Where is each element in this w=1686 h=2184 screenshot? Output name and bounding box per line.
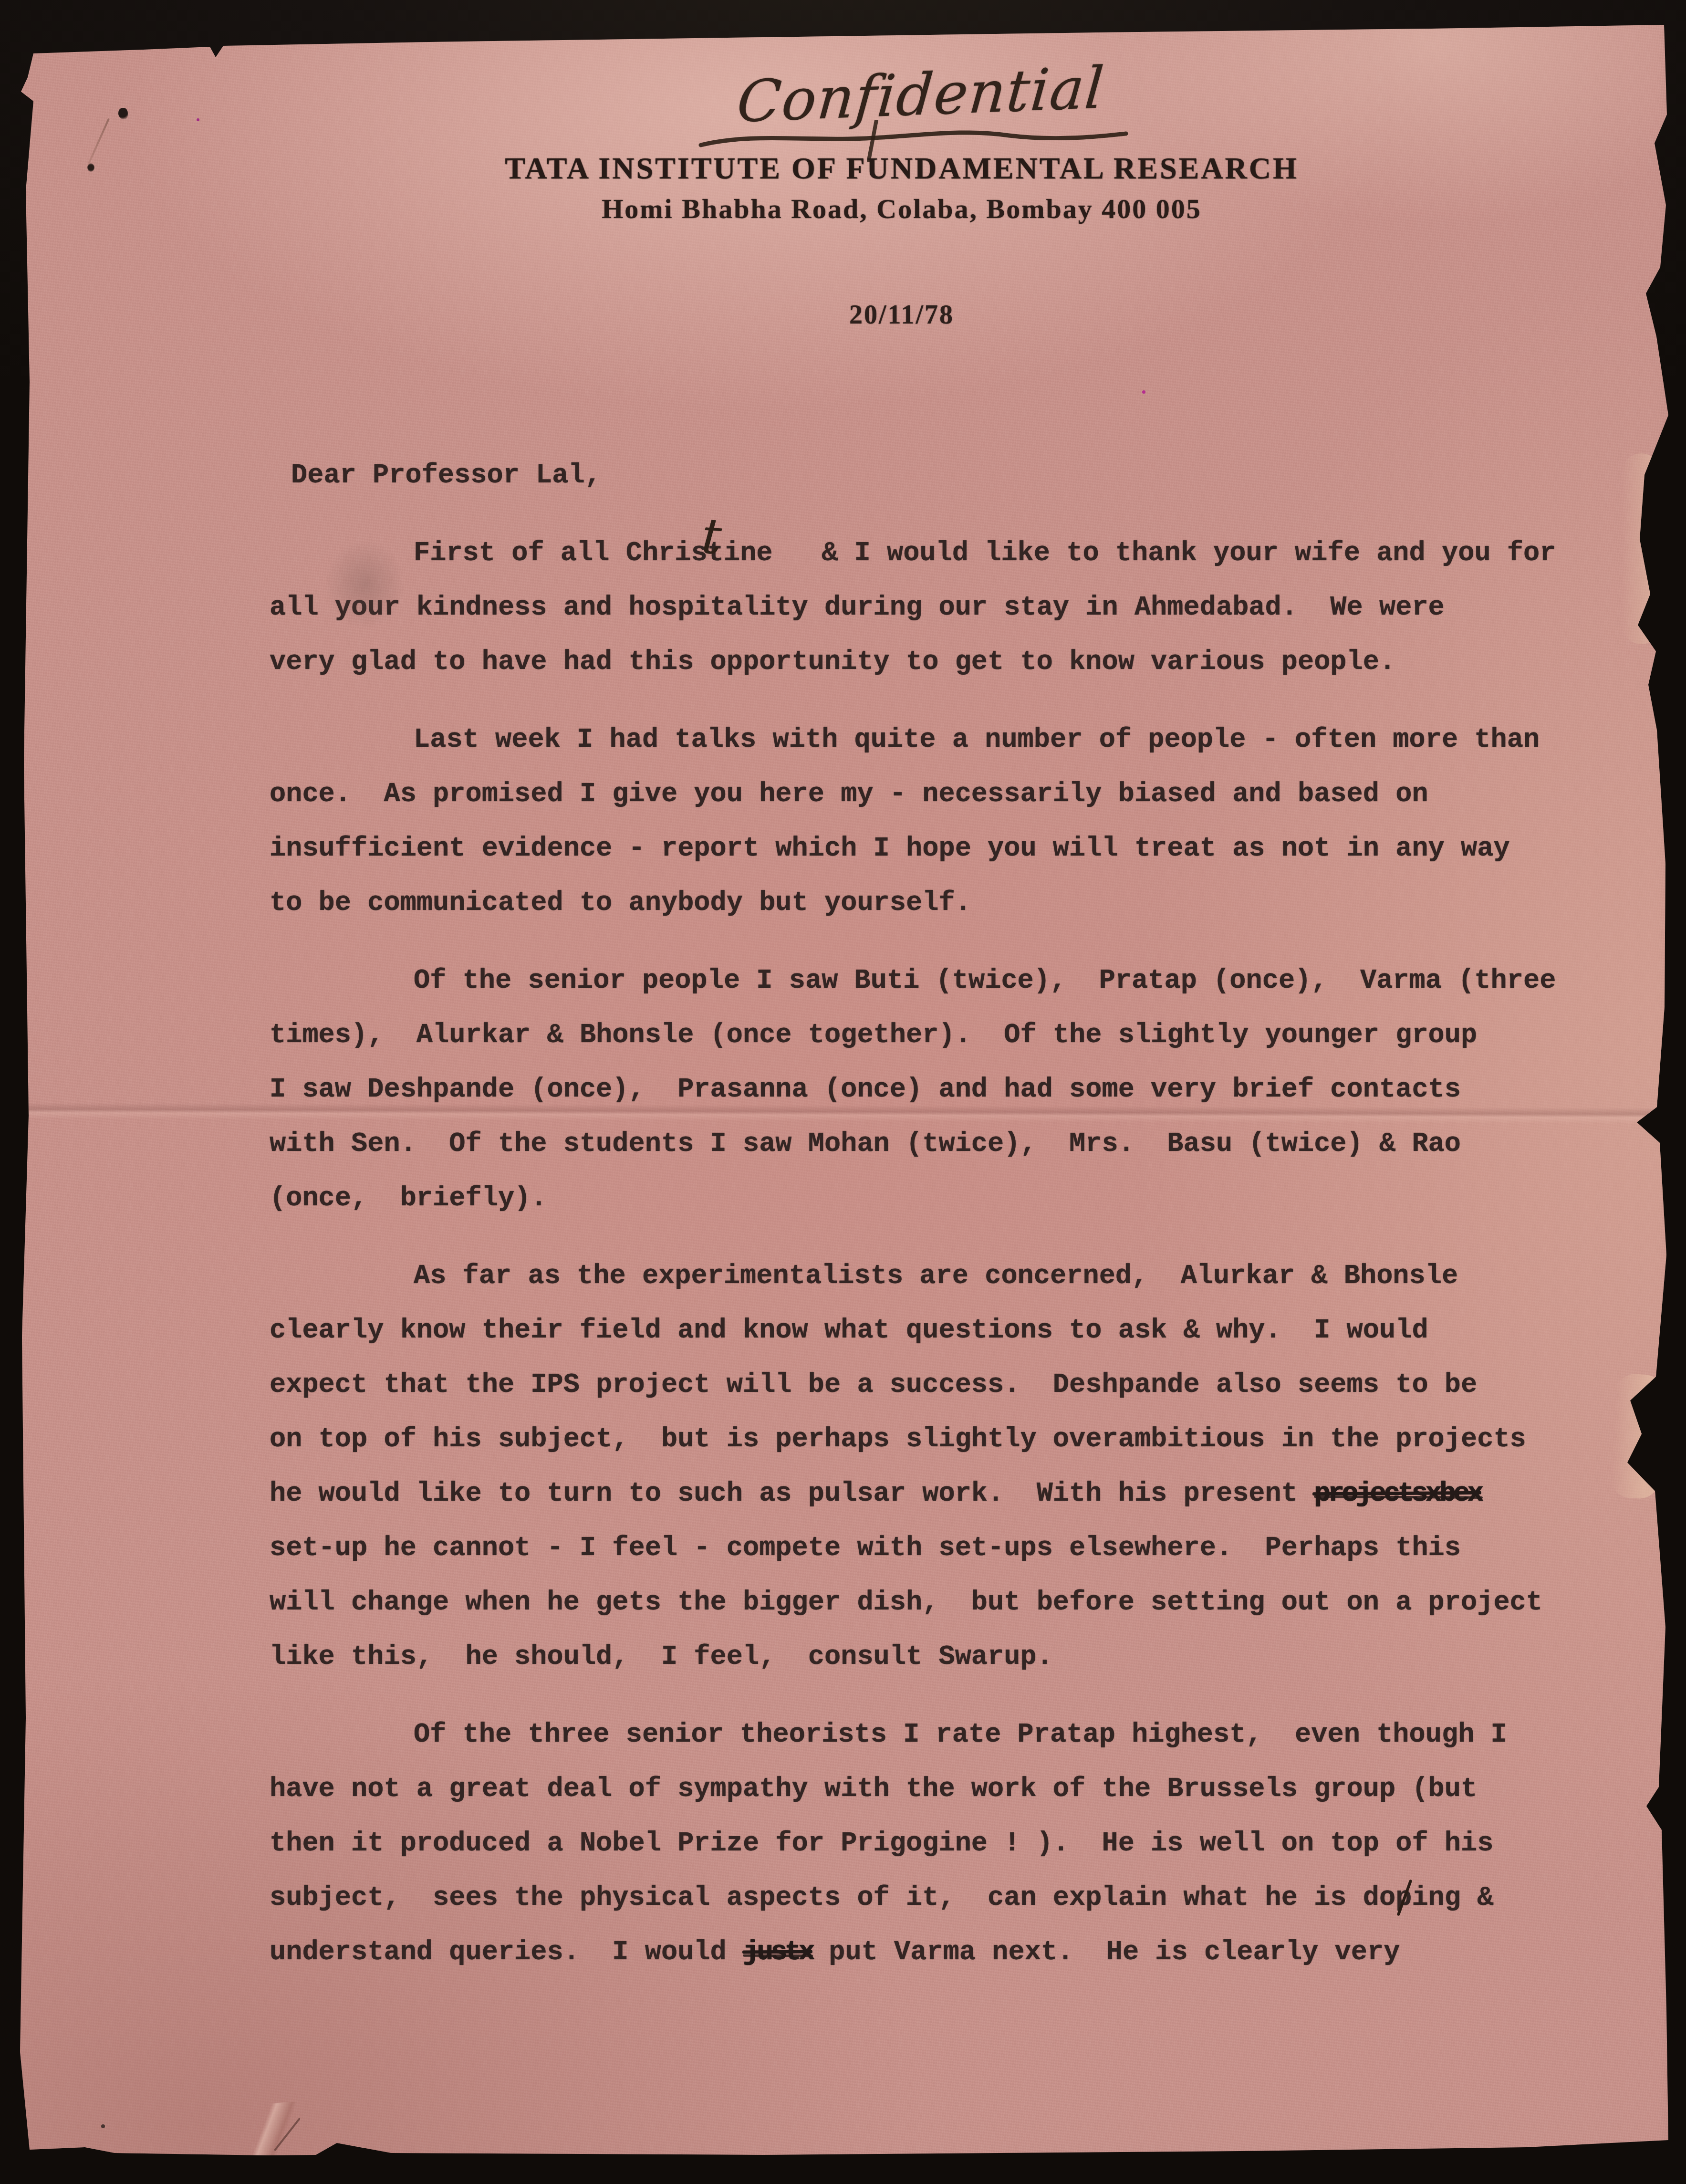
torn-edge-highlight bbox=[1622, 453, 1660, 644]
pinhole-mark bbox=[87, 163, 94, 172]
letter-line: understand queries. I would justx put Va… bbox=[270, 1925, 1539, 1980]
magenta-speck bbox=[197, 118, 199, 121]
scanned-letter: Confidential TATA INSTITUTE OF FUNDAMENT… bbox=[0, 0, 1686, 2184]
letter-line: on top of his subject, but is perhaps sl… bbox=[270, 1412, 1539, 1467]
typed-text: expect that the IPS project will be a su… bbox=[270, 1370, 1477, 1400]
typed-text: subject, sees the physical aspects of it… bbox=[270, 1883, 1395, 1913]
letter-line: Of the senior people I saw Buti (twice),… bbox=[270, 954, 1539, 1008]
letter-paragraph: Of the senior people I saw Buti (twice),… bbox=[270, 954, 1539, 1226]
typed-text: (once, briefly). bbox=[270, 1183, 547, 1214]
letter-line: expect that the IPS project will be a su… bbox=[270, 1358, 1539, 1412]
letter-line: like this, he should, I feel, consult Sw… bbox=[270, 1630, 1539, 1684]
letter-line: will change when he gets the bigger dish… bbox=[270, 1576, 1539, 1630]
typed-text: ine & I would like to thank your wife an… bbox=[724, 538, 1556, 569]
typed-text: like this, he should, I feel, consult Sw… bbox=[270, 1642, 1053, 1672]
letterhead-institute: TATA INSTITUTE OF FUNDAMENTAL RESEARCH bbox=[291, 151, 1512, 186]
pinhole-mark bbox=[118, 108, 128, 119]
typed-text: ing & bbox=[1412, 1883, 1493, 1913]
typed-over-strikeout: justx bbox=[743, 1937, 812, 1968]
typed-text: As far as the experimentalists are conce… bbox=[414, 1261, 1458, 1292]
letter-line: have not a great deal of sympathy with t… bbox=[270, 1762, 1539, 1817]
typed-text: all your kindness and hospitality during… bbox=[270, 593, 1445, 623]
typed-text: put Varma next. He is clearly very bbox=[812, 1937, 1400, 1968]
typed-text: will change when he gets the bigger dish… bbox=[270, 1588, 1542, 1618]
letter-line: As far as the experimentalists are conce… bbox=[270, 1249, 1539, 1304]
pen-t-mark: t bbox=[700, 512, 732, 562]
letter-line: very glad to have had this opportunity t… bbox=[270, 635, 1539, 690]
typed-text: understand queries. I would bbox=[270, 1937, 743, 1968]
typed-text: Of the three senior theorists I rate Pra… bbox=[414, 1720, 1507, 1750]
typed-text: very glad to have had this opportunity t… bbox=[270, 647, 1395, 678]
letter-line: First of all Christtine & I would like t… bbox=[270, 526, 1539, 581]
letter-paragraph: Last week I had talks with quite a numbe… bbox=[270, 713, 1539, 930]
letter-date: 20/11/78 bbox=[291, 300, 1512, 330]
typed-text: he would like to turn to such as pulsar … bbox=[270, 1479, 1314, 1509]
letter-line: insufficient evidence - report which I h… bbox=[270, 822, 1539, 876]
typed-text: First of all Chris bbox=[414, 538, 708, 569]
typed-text: with Sen. Of the students I saw Mohan (t… bbox=[270, 1129, 1461, 1160]
letter-line: Of the three senior theorists I rate Pra… bbox=[270, 1708, 1539, 1762]
letter-paragraph: First of all Christtine & I would like t… bbox=[270, 526, 1539, 690]
letter-line: times), Alurkar & Bhonsle (once together… bbox=[270, 1008, 1539, 1063]
letter-line: clearly know their field and know what q… bbox=[270, 1304, 1539, 1358]
letter-line: he would like to turn to such as pulsar … bbox=[270, 1467, 1539, 1521]
magenta-speck bbox=[1142, 390, 1145, 394]
bottom-fold-mark bbox=[218, 2100, 326, 2159]
letterhead-address: Homi Bhabha Road, Colaba, Bombay 400 005 bbox=[291, 193, 1512, 225]
typed-text: I saw Deshpande (once), Prasanna (once) … bbox=[270, 1075, 1461, 1105]
letter-line: with Sen. Of the students I saw Mohan (t… bbox=[270, 1117, 1539, 1171]
typed-text: then it produced a Nobel Prize for Prigo… bbox=[270, 1829, 1493, 1859]
letter-line: once. As promised I give you here my - n… bbox=[270, 767, 1539, 822]
letter-paragraph: Of the three senior theorists I rate Pra… bbox=[270, 1708, 1539, 1980]
smudge-mark bbox=[324, 539, 406, 630]
letter-line: to be communicated to anybody but yourse… bbox=[270, 876, 1539, 930]
handwritten-t-correction: tt bbox=[708, 538, 724, 569]
letter-page: Confidential TATA INSTITUTE OF FUNDAMENT… bbox=[0, 0, 1686, 2184]
letter-line: subject, sees the physical aspects of it… bbox=[270, 1871, 1539, 1925]
typed-text: times), Alurkar & Bhonsle (once together… bbox=[270, 1020, 1477, 1051]
letter-line: then it produced a Nobel Prize for Prigo… bbox=[270, 1817, 1539, 1871]
letter-line: Last week I had talks with quite a numbe… bbox=[270, 713, 1539, 767]
letter-paragraph: As far as the experimentalists are conce… bbox=[270, 1249, 1539, 1684]
typed-text: Of the senior people I saw Buti (twice),… bbox=[414, 966, 1556, 996]
typed-over-strikeout: projectsxbex bbox=[1314, 1479, 1481, 1509]
letter-line: set-up he cannot - I feel - compete with… bbox=[270, 1521, 1539, 1576]
torn-edge-highlight bbox=[1610, 1373, 1664, 1500]
letter-line: (once, briefly). bbox=[270, 1171, 1539, 1226]
pen-strikeout: p bbox=[1395, 1883, 1412, 1913]
ink-speck bbox=[101, 2124, 105, 2128]
typed-text: to be communicated to anybody but yourse… bbox=[270, 888, 971, 919]
typed-text: on top of his subject, but is perhaps sl… bbox=[270, 1424, 1526, 1455]
typed-text: clearly know their field and know what q… bbox=[270, 1316, 1428, 1346]
letter-body: Dear Professor Lal, First of all Christt… bbox=[270, 449, 1539, 1980]
letter-line: all your kindness and hospitality during… bbox=[270, 581, 1539, 635]
typed-text: insufficient evidence - report which I h… bbox=[270, 834, 1510, 864]
typed-text: once. As promised I give you here my - n… bbox=[270, 779, 1428, 810]
salutation: Dear Professor Lal, bbox=[270, 449, 1539, 503]
scratch-mark bbox=[88, 118, 110, 165]
typed-text: set-up he cannot - I feel - compete with… bbox=[270, 1533, 1461, 1564]
typed-text: have not a great deal of sympathy with t… bbox=[270, 1774, 1477, 1805]
typed-text: Last week I had talks with quite a numbe… bbox=[414, 725, 1540, 755]
